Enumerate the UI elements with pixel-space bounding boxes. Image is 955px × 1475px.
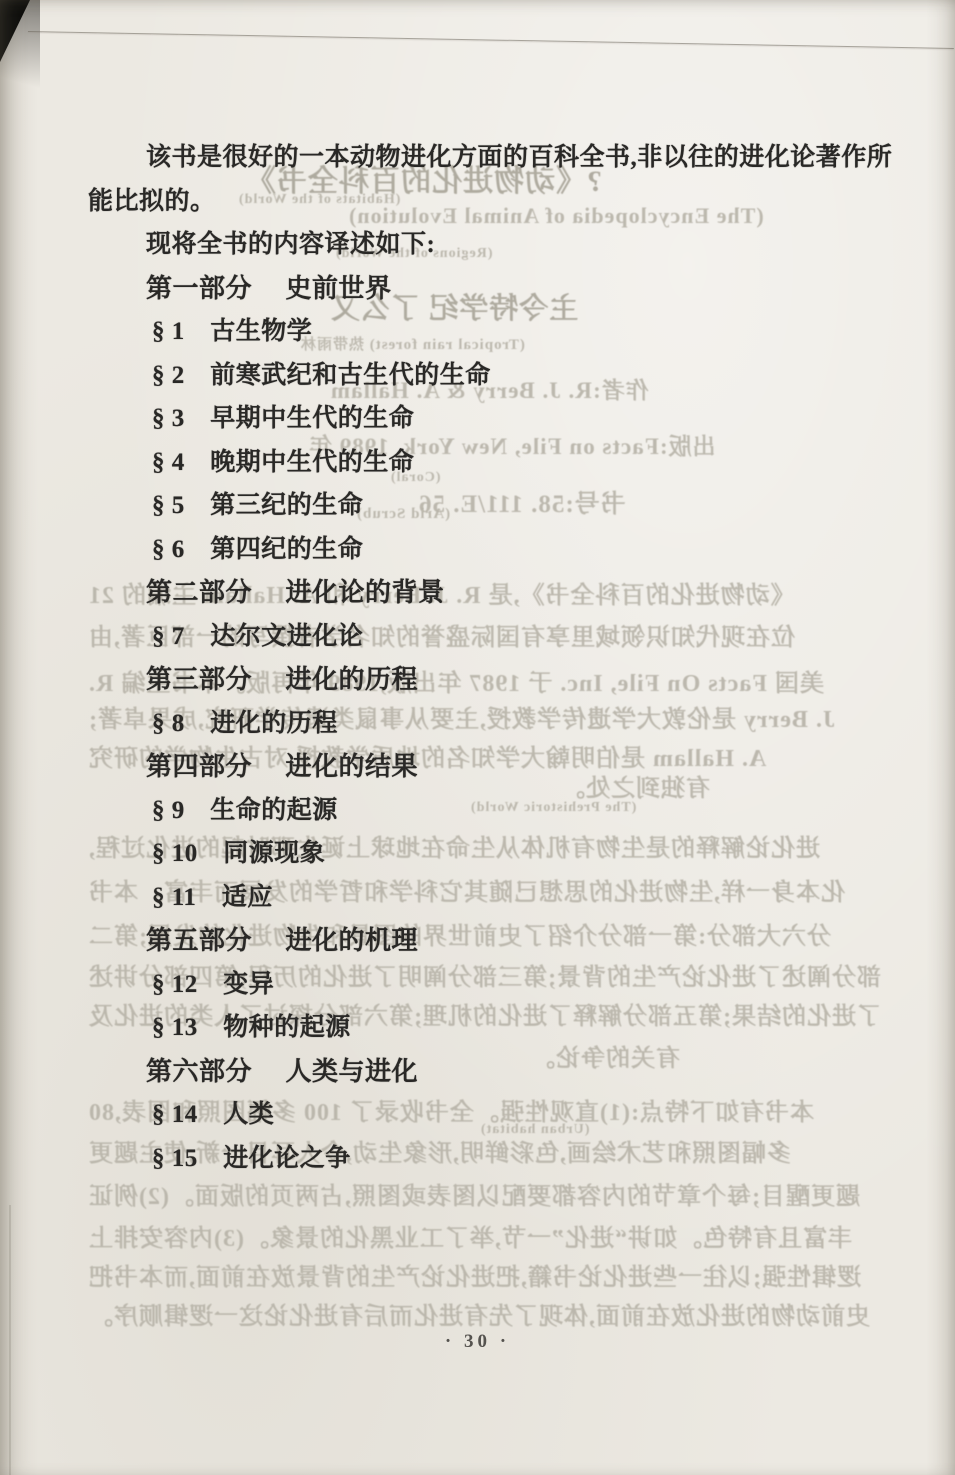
toc-section-item: § 2 前寒武纪和古生代的生命 <box>88 354 928 398</box>
toc-section-item: § 9 生命的起源 <box>88 789 928 833</box>
bleedthrough-text-line: 史前动物的进化放在前面,体现了先有进化而后有进化论这一逻辑顺序。 <box>88 1296 870 1331</box>
toc-section-item: § 1 古生物学 <box>88 310 928 354</box>
toc-section-item: § 11 适应 <box>88 876 928 920</box>
body-paragraph-line: 该书是很好的一本动物进化方面的百科全书,非以往的进化论著作所 <box>88 136 928 180</box>
toc-section-item: § 4 晚期中生代的生命 <box>88 441 928 485</box>
toc-part-heading: 第一部分 史前世界 <box>88 267 928 311</box>
toc-section-item: § 13 物种的起源 <box>88 1006 928 1050</box>
toc-section-item: § 8 进化的历程 <box>88 702 928 746</box>
scanned-page: ?《动物进化的百科全书》(Habitats of the World)(The … <box>0 0 955 1475</box>
toc-section-item: § 15 进化论之争 <box>88 1137 928 1181</box>
toc-part-heading: 第二部分 进化论的背景 <box>88 571 928 615</box>
bleedthrough-text-line: 逻辑性强;以往一些进化论书籍,把进化论产生的背景放在前面,而本书把 <box>88 1257 861 1292</box>
toc-section-item: § 6 第四纪的生命 <box>88 528 928 572</box>
toc-section-item: § 5 第三纪的生命 <box>88 484 928 528</box>
toc-section-item: § 12 变异 <box>88 963 928 1007</box>
toc-section-item: § 14 人类 <box>88 1093 928 1137</box>
toc-section-item: § 10 同源现象 <box>88 832 928 876</box>
page-number: · 30 · <box>0 1331 955 1353</box>
toc-part-heading: 第三部分 进化的历程 <box>88 658 928 702</box>
toc-part-heading: 第四部分 进化的结果 <box>88 745 928 789</box>
toc-part-heading: 第五部分 进化的机理 <box>88 919 928 963</box>
content-lines: 该书是很好的一本动物进化方面的百科全书,非以往的进化论著作所能比拟的。现将全书的… <box>88 136 928 1180</box>
toc-section-item: § 3 早期中生代的生命 <box>88 397 928 441</box>
bleedthrough-text-line: 丰富且有特色。如讲“进化”一节,举了工业黑化的景象。(3)内容安排上 <box>88 1218 852 1253</box>
bleedthrough-text-line: 题更醒目;每个章节的内容都要配以图表或图照,占两页的版面。(2)例证 <box>88 1176 860 1211</box>
toc-section-item: § 7 达尔文进化论 <box>88 615 928 659</box>
toc-part-heading: 第六部分 人类与进化 <box>88 1050 928 1094</box>
body-paragraph-line: 能比拟的。 <box>88 180 928 224</box>
body-paragraph-line: 现将全书的内容译述如下: <box>88 223 928 267</box>
